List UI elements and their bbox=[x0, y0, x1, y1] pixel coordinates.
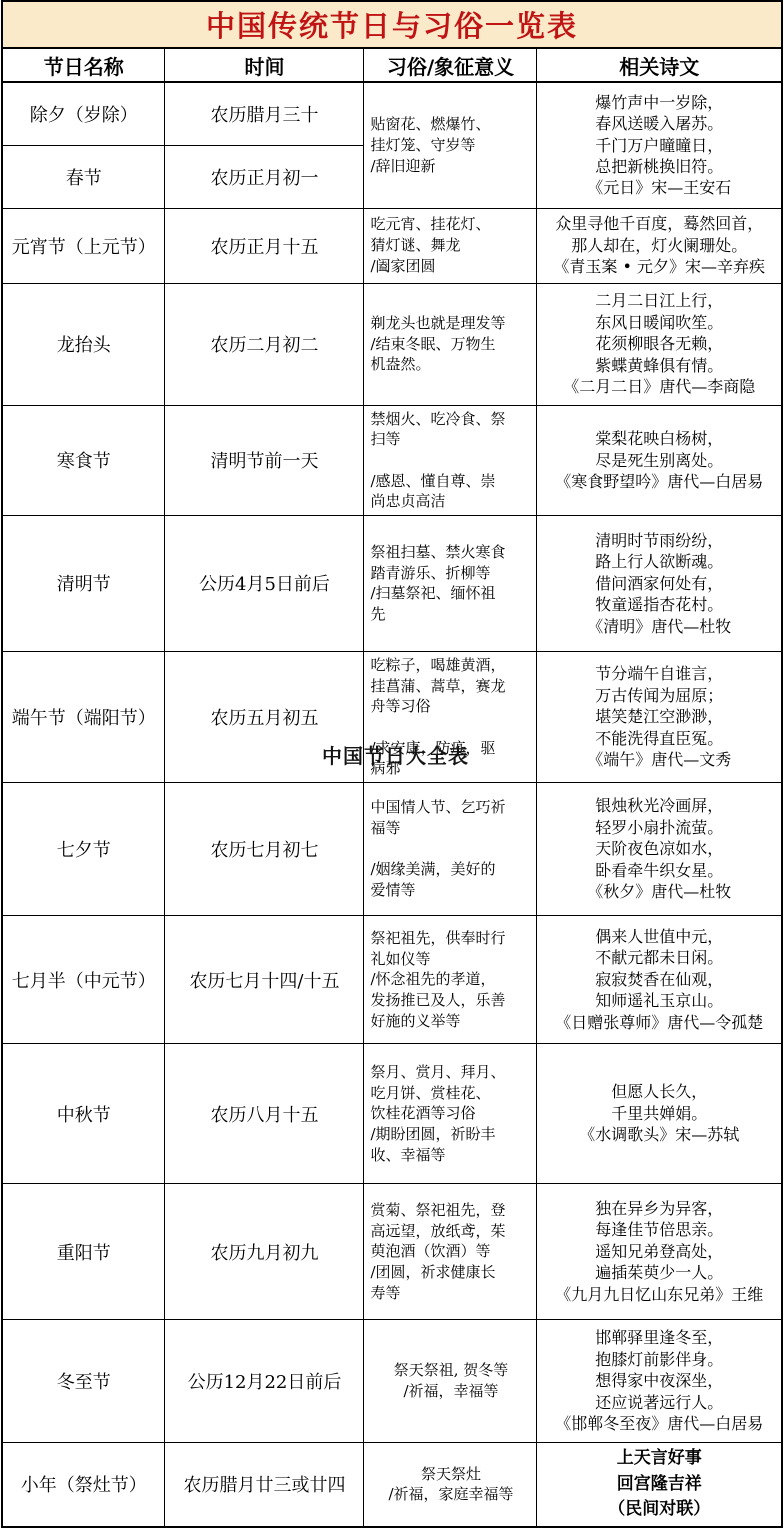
poem-cell: 独在异乡为异客， 每逢佳节倍思亲。 遥知兄弟登高处， 遍插茱萸少一人。 《九月九… bbox=[537, 1184, 782, 1320]
time-cell: 农历九月初九 bbox=[165, 1184, 364, 1320]
festival-name-cell: 端午节（端阳节） bbox=[2, 651, 165, 782]
title-row: 中国传统节日与习俗一览表 bbox=[2, 1, 782, 48]
poem-cell: 二月二日江上行， 东风日暖闻吹笙。 花须柳眼各无赖， 紫蝶黄蜂俱有情。 《二月二… bbox=[537, 283, 782, 405]
festival-name-cell: 七月半（中元节） bbox=[2, 916, 165, 1044]
poem-cell: 节分端午自谁言， 万古传闻为屈原； 堪笑楚江空渺渺， 不能洗得直臣冤。 《端午》… bbox=[537, 651, 782, 782]
customs-cell: 吃粽子，喝雄黄酒， 挂菖蒲、蒿草，赛龙 舟等习俗 /求安康，防疫，驱 病邪 bbox=[364, 651, 537, 782]
time-cell: 公历12月22日前后 bbox=[165, 1320, 364, 1443]
table-row: 七月半（中元节） 农历七月十四/十五 祭祀祖先，供奉时行 礼如仪等 /怀念祖先的… bbox=[2, 916, 782, 1044]
poem-cell: 棠梨花映白杨树， 尽是死生别离处。 《寒食野望吟》唐代—白居易 bbox=[537, 405, 782, 515]
customs-cell: 吃元宵、挂花灯、 猜灯谜、舞龙 /阖家团圆 bbox=[364, 208, 537, 283]
col-header-festival-name: 节日名称 bbox=[2, 48, 165, 82]
festival-name-cell: 七夕节 bbox=[2, 783, 165, 916]
time-cell: 农历八月十五 bbox=[165, 1044, 364, 1184]
customs-cell: 祭祖扫墓、禁火寒食 踏青游乐、折柳等 /扫墓祭祀、缅怀祖 先 bbox=[364, 515, 537, 651]
festival-name-cell: 中秋节 bbox=[2, 1044, 165, 1184]
customs-cell: 祭天祭祖, 贺冬等 /祈福，幸福等 bbox=[364, 1320, 537, 1443]
table-row: 元宵节（上元节） 农历正月十五 吃元宵、挂花灯、 猜灯谜、舞龙 /阖家团圆 众里… bbox=[2, 208, 782, 283]
table-row: 重阳节 农历九月初九 赏菊、祭祀祖先，登 高远望，放纸鸢，茱 萸泡酒（饮酒）等 … bbox=[2, 1184, 782, 1320]
table-row: 中秋节 农历八月十五 祭月、赏月、拜月、 吃月饼、赏桂花、 饮桂花酒等习俗 /期… bbox=[2, 1044, 782, 1184]
header-row: 节日名称 时间 习俗/象征意义 相关诗文 bbox=[2, 48, 782, 82]
festival-name-cell: 小年（祭灶节） bbox=[2, 1443, 165, 1527]
time-cell: 农历正月十五 bbox=[165, 208, 364, 283]
customs-cell: 祭天祭灶 /祈福，家庭幸福等 bbox=[364, 1443, 537, 1527]
customs-cell: 祭祀祖先，供奉时行 礼如仪等 /怀念祖先的孝道， 发扬推已及人，乐善 好施的义举… bbox=[364, 916, 537, 1044]
col-header-customs: 习俗/象征意义 bbox=[364, 48, 537, 82]
customs-cell: 剃龙头也就是理发等 /结束冬眠、万物生 机盎然。 bbox=[364, 283, 537, 405]
poem-cell: 清明时节雨纷纷， 路上行人欲断魂。 借问酒家何处有， 牧童遥指杏花村。 《清明》… bbox=[537, 515, 782, 651]
table-row: 端午节（端阳节） 农历五月初五 吃粽子，喝雄黄酒， 挂菖蒲、蒿草，赛龙 舟等习俗… bbox=[2, 651, 782, 782]
time-cell: 农历二月初二 bbox=[165, 283, 364, 405]
customs-cell: 赏菊、祭祀祖先，登 高远望，放纸鸢，茱 萸泡酒（饮酒）等 /团圆，祈求健康长 寿… bbox=[364, 1184, 537, 1320]
festival-name-cell: 清明节 bbox=[2, 515, 165, 651]
poem-cell: 偶来人世值中元， 不献元都未日闲。 寂寂焚香在仙观， 知师遥礼玉京山。 《日赠张… bbox=[537, 916, 782, 1044]
customs-cell: 中国情人节、乞巧祈 福等 /姻缘美满，美好的 爱情等 bbox=[364, 783, 537, 916]
poem-cell: 邯郸驿里逢冬至， 抱膝灯前影伴身。 想得家中夜深坐， 还应说著远行人。 《邯郸冬… bbox=[537, 1320, 782, 1443]
customs-cell: 禁烟火、吃冷食、祭 扫等 /感恩、懂自尊、崇 尚忠贞高洁 bbox=[364, 405, 537, 515]
table-row: 寒食节 清明节前一天 禁烟火、吃冷食、祭 扫等 /感恩、懂自尊、崇 尚忠贞高洁 … bbox=[2, 405, 782, 515]
festival-name-cell: 元宵节（上元节） bbox=[2, 208, 165, 283]
festival-name-cell: 寒食节 bbox=[2, 405, 165, 515]
time-cell: 清明节前一天 bbox=[165, 405, 364, 515]
poem-cell: 上天言好事 回宫隆吉祥 （民间对联） bbox=[537, 1443, 782, 1527]
time-cell: 农历腊月三十 bbox=[165, 82, 364, 145]
time-cell: 农历七月十四/十五 bbox=[165, 916, 364, 1044]
time-cell: 农历五月初五 bbox=[165, 651, 364, 782]
festival-name-cell: 重阳节 bbox=[2, 1184, 165, 1320]
page-title: 中国传统节日与习俗一览表 bbox=[2, 1, 782, 48]
table-row: 七夕节 农历七月初七 中国情人节、乞巧祈 福等 /姻缘美满，美好的 爱情等 银烛… bbox=[2, 783, 782, 916]
poem-cell: 但愿人长久， 千里共婵娟。 《水调歌头》宋—苏轼 bbox=[537, 1044, 782, 1184]
col-header-poem: 相关诗文 bbox=[537, 48, 782, 82]
time-cell: 农历七月初七 bbox=[165, 783, 364, 916]
table-row: 冬至节 公历12月22日前后 祭天祭祖, 贺冬等 /祈福，幸福等 邯郸驿里逢冬至… bbox=[2, 1320, 782, 1443]
festival-name-cell: 龙抬头 bbox=[2, 283, 165, 405]
festival-name-cell: 冬至节 bbox=[2, 1320, 165, 1443]
time-cell: 农历腊月廿三或廿四 bbox=[165, 1443, 364, 1527]
table-row: 龙抬头 农历二月初二 剃龙头也就是理发等 /结束冬眠、万物生 机盎然。 二月二日… bbox=[2, 283, 782, 405]
col-header-time: 时间 bbox=[165, 48, 364, 82]
festival-name-cell: 春节 bbox=[2, 145, 165, 208]
table-row: 清明节 公历4月5日前后 祭祖扫墓、禁火寒食 踏青游乐、折柳等 /扫墓祭祀、缅怀… bbox=[2, 515, 782, 651]
customs-cell: 贴窗花、燃爆竹、 挂灯笼、守岁等 /辞旧迎新 bbox=[364, 82, 537, 208]
festival-table: 中国传统节日与习俗一览表 节日名称 时间 习俗/象征意义 相关诗文 除夕（岁除）… bbox=[1, 0, 783, 1528]
poem-cell: 爆竹声中一岁除， 春风送暖入屠苏。 千门万户曈曈日， 总把新桃换旧符。 《元日》… bbox=[537, 82, 782, 208]
table-row: 除夕（岁除） 农历腊月三十 贴窗花、燃爆竹、 挂灯笼、守岁等 /辞旧迎新 爆竹声… bbox=[2, 82, 782, 145]
poem-cell: 众里寻他千百度，蓦然回首， 那人却在，灯火阑珊处。 《青玉案 • 元夕》宋—辛弃… bbox=[537, 208, 782, 283]
customs-cell: 祭月、赏月、拜月、 吃月饼、赏桂花、 饮桂花酒等习俗 /期盼团圆，祈盼丰 收、幸… bbox=[364, 1044, 537, 1184]
time-cell: 农历正月初一 bbox=[165, 145, 364, 208]
festival-name-cell: 除夕（岁除） bbox=[2, 82, 165, 145]
poem-cell: 银烛秋光冷画屏， 轻罗小扇扑流萤。 天阶夜色凉如水， 卧看牵牛织女星。 《秋夕》… bbox=[537, 783, 782, 916]
time-cell: 公历4月5日前后 bbox=[165, 515, 364, 651]
table-row: 小年（祭灶节） 农历腊月廿三或廿四 祭天祭灶 /祈福，家庭幸福等 上天言好事 回… bbox=[2, 1443, 782, 1527]
